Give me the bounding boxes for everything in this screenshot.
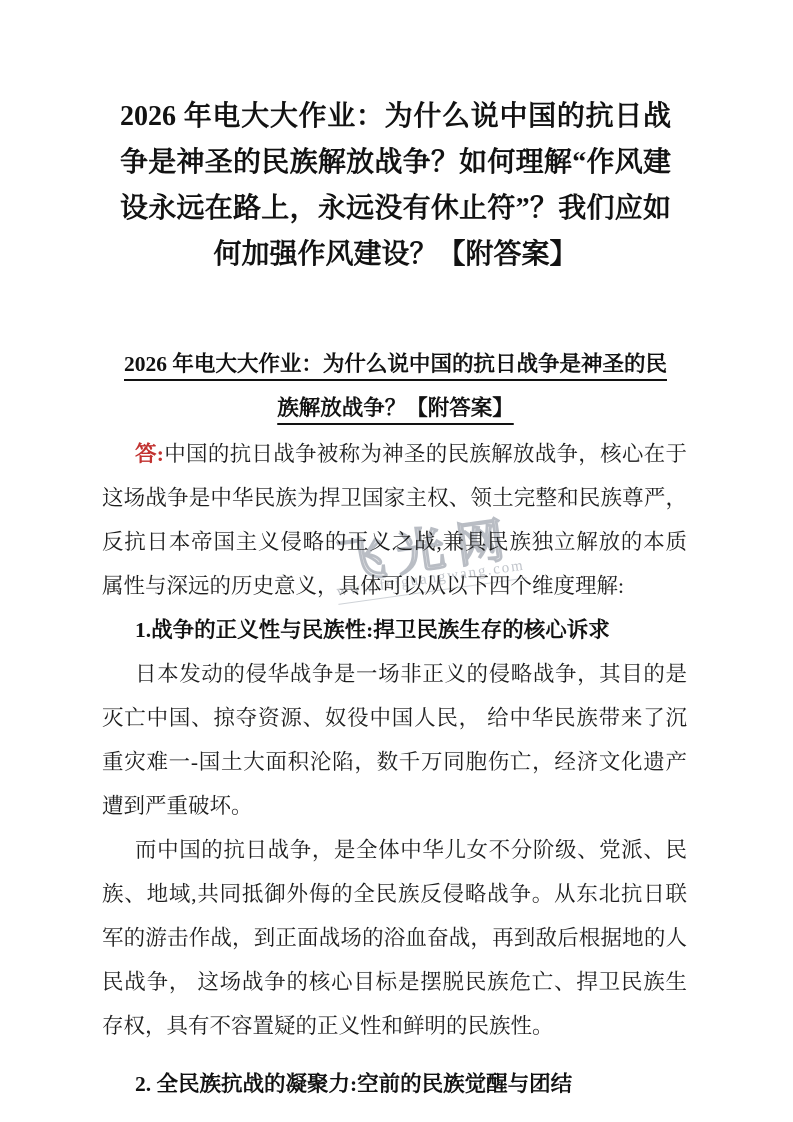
underlined-section-heading: 2026 年电大大作业：为什么说中国的抗日战争是神圣的民族解放战争？【附答案】 [124, 342, 667, 430]
answer-label: 答: [135, 442, 164, 466]
subheading-1: 1.战争的正义性与民族性:捍卫民族生存的核心诉求 [102, 608, 687, 652]
section-1-paragraph-1: 日本发动的侵华战争是一场非正义的侵略战争，其目的是灭亡中国、掠夺资源、奴役中国人… [102, 652, 687, 828]
answer-paragraph: 答:中国的抗日战争被称为神圣的民族解放战争，核心在于这场战争是中华民族为捍卫国家… [102, 432, 687, 608]
document-title: 2026 年电大大作业：为什么说中国的抗日战争是神圣的民族解放战争？如何理解“作… [120, 94, 671, 278]
document-content: 2026 年电大大作业：为什么说中国的抗日战争是神圣的民族解放战争？如何理解“作… [0, 0, 793, 1106]
subheading-2: 2. 全民族抗战的凝聚力:空前的民族觉醒与团结 [102, 1062, 687, 1106]
section-1-paragraph-2: 而中国的抗日战争，是全体中华儿女不分阶级、党派、民族、地域,共同抵御外侮的全民族… [102, 828, 687, 1048]
answer-text: 中国的抗日战争被称为神圣的民族解放战争，核心在于这场战争是中华民族为捍卫国家主权… [102, 442, 687, 598]
document-page: 飞光网 www.feiguangwang.com 2026 年电大大作业：为什么… [0, 0, 793, 1122]
